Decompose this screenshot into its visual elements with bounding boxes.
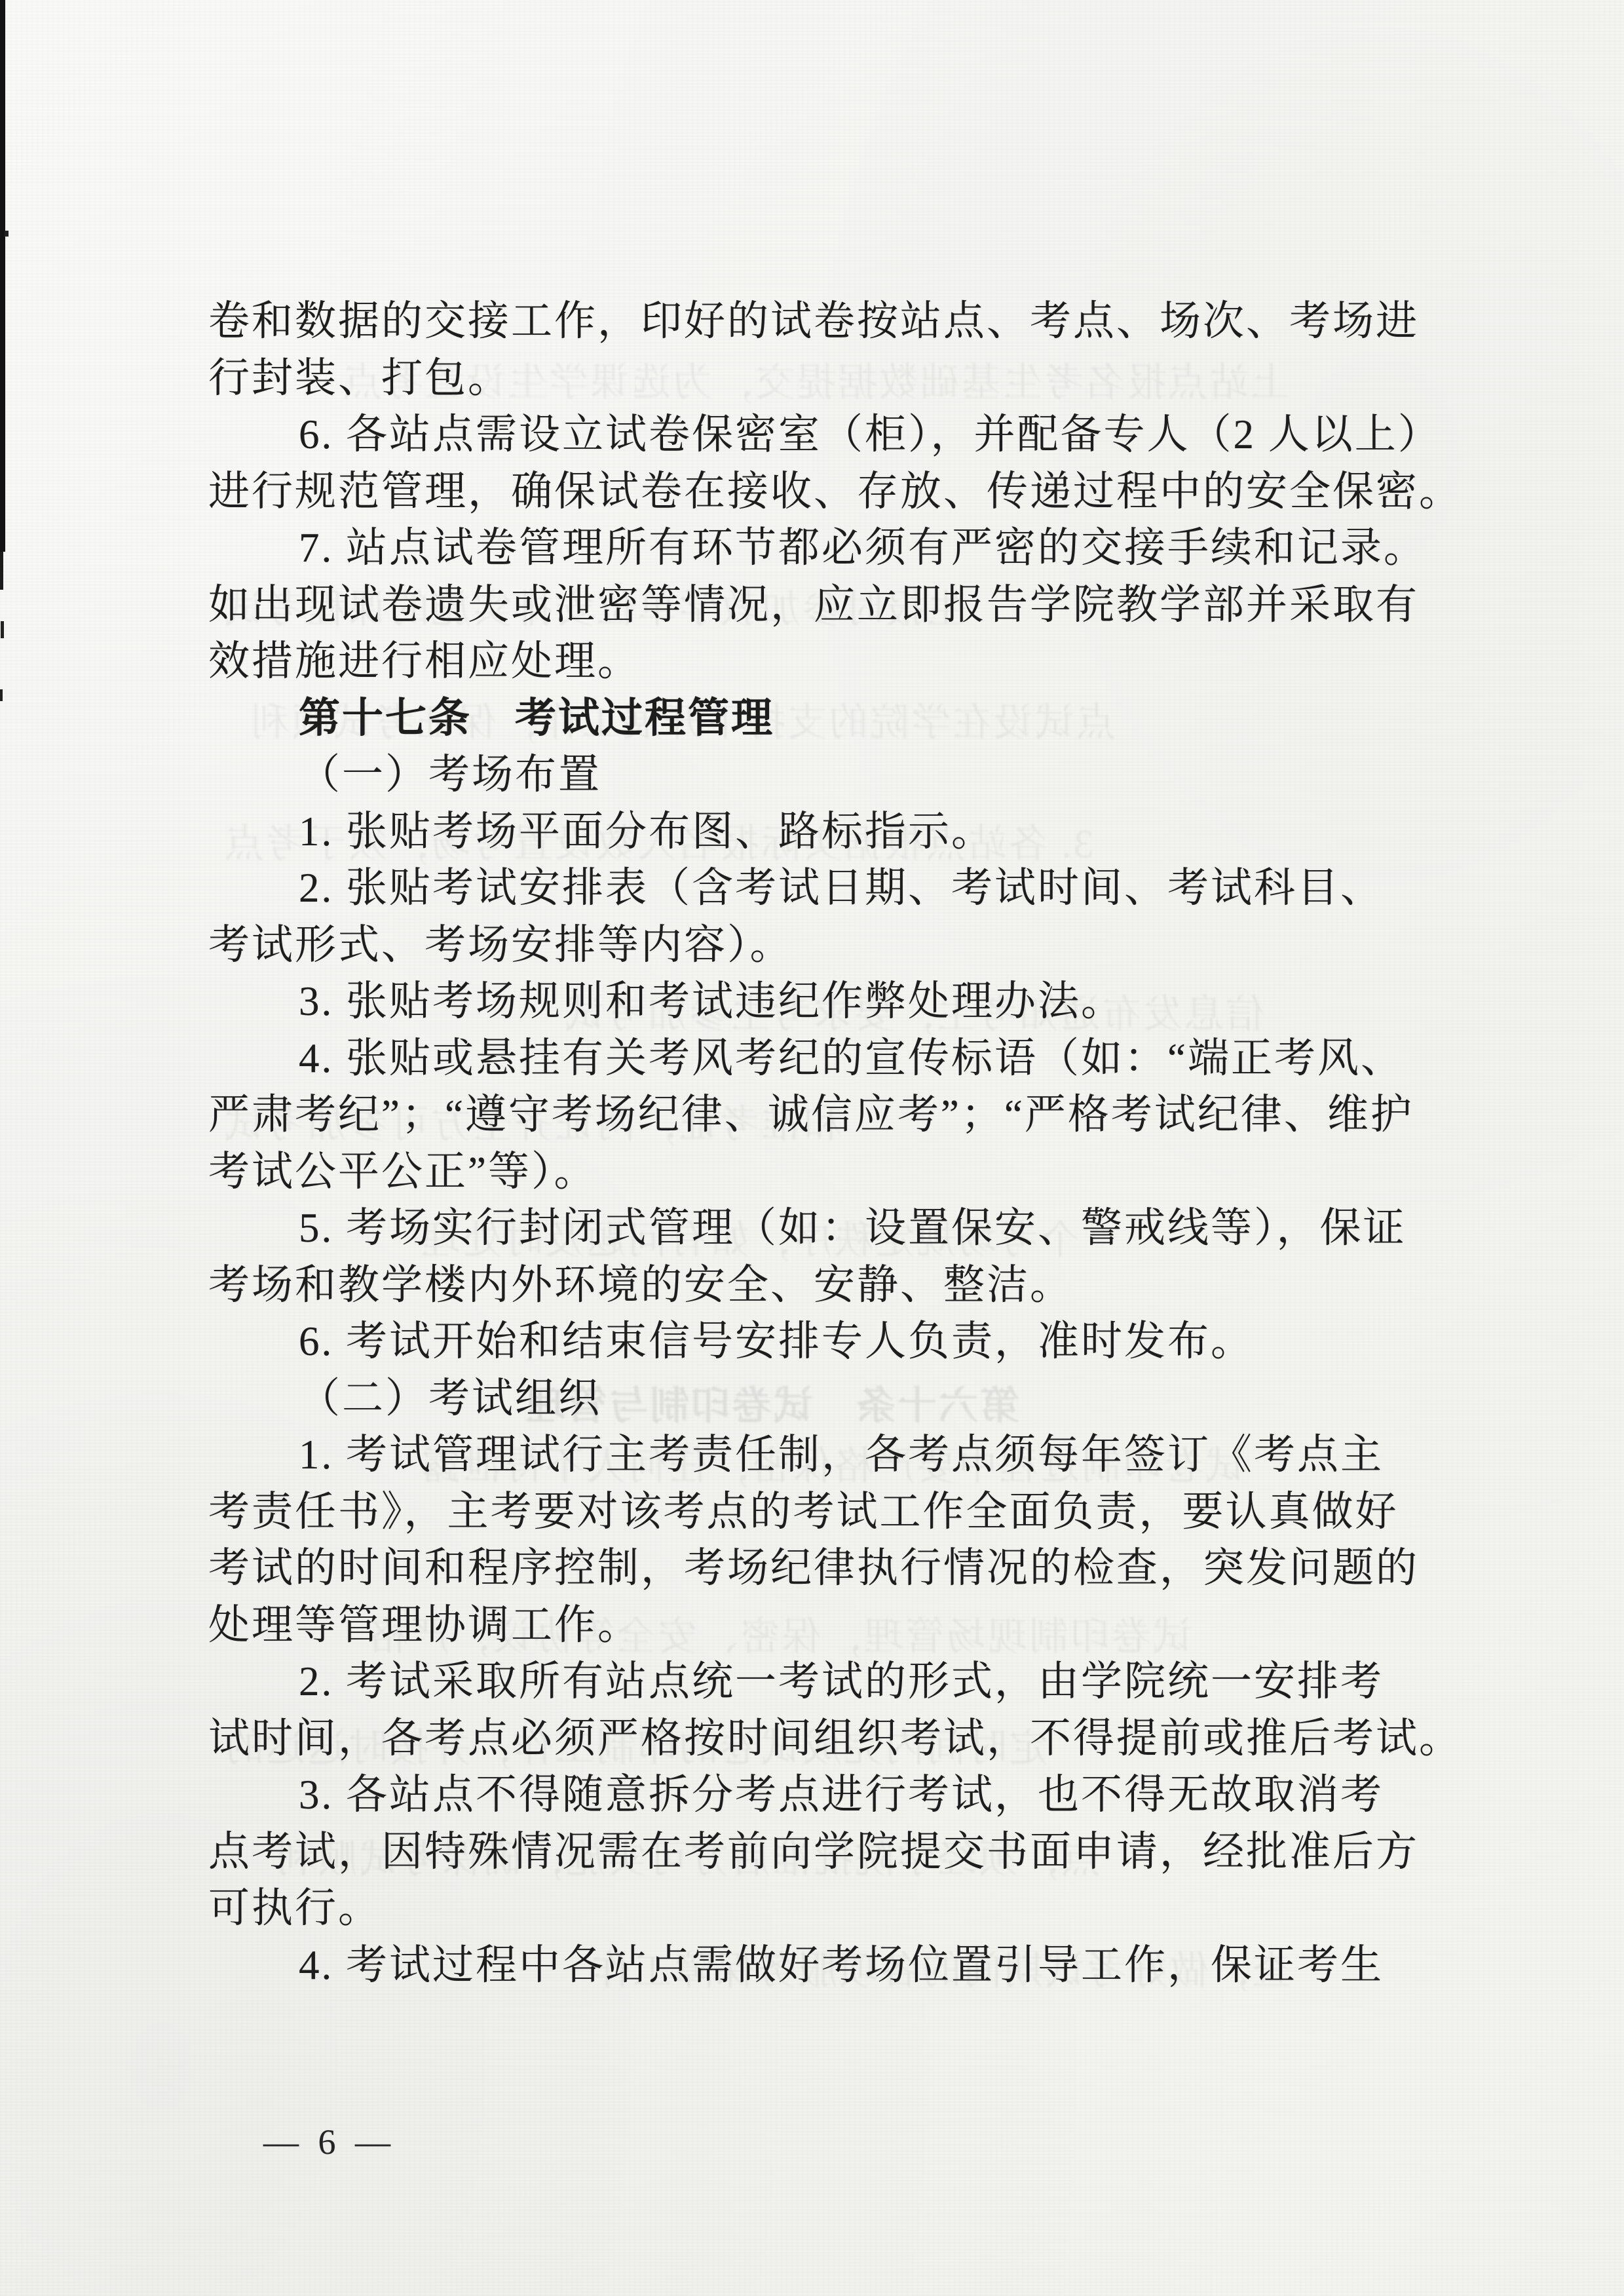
text-line: （二）考试组织 <box>208 1370 1422 1427</box>
text-line: 2. 张贴考试安排表（含考试日期、考试时间、考试科目、 <box>208 860 1422 917</box>
text-line: 3. 张贴考场规则和考试违纪作弊处理办法。 <box>208 973 1422 1030</box>
text-line: 考试形式、考场安排等内容）。 <box>208 917 1422 974</box>
scan-edge-artifact <box>0 0 5 552</box>
text-line: 考试公平公正”等）。 <box>208 1143 1422 1200</box>
document-body: 卷和数据的交接工作，印好的试卷按站点、考点、场次、考场进行封装、打包。6. 各站… <box>208 293 1422 1993</box>
text-line: 1. 考试管理试行主考责任制，各考点须每年签订《考点主 <box>208 1426 1422 1483</box>
scan-speck <box>5 231 9 237</box>
text-line: 效措施进行相应处理。 <box>208 633 1422 690</box>
scan-edge-artifact-tail <box>0 552 3 590</box>
text-line: 考责任书》，主考要对该考点的考试工作全面负责，要认真做好 <box>208 1483 1422 1540</box>
text-line: 点考试，因特殊情况需在考前向学院提交书面申请，经批准后方 <box>208 1824 1422 1881</box>
text-line: 考试的时间和程序控制，考场纪律执行情况的检查，突发问题的 <box>208 1540 1422 1597</box>
text-line: 7. 站点试卷管理所有环节都必须有严密的交接手续和记录。 <box>208 520 1422 577</box>
text-line: 行封装、打包。 <box>208 350 1422 407</box>
text-line: 4. 考试过程中各站点需做好考场位置引导工作，保证考生 <box>208 1937 1422 1994</box>
text-line: 处理等管理协调工作。 <box>208 1597 1422 1654</box>
text-line: 6. 考试开始和结束信号安排专人负责，准时发布。 <box>208 1313 1422 1370</box>
text-line: 如出现试卷遗失或泄密等情况，应立即报告学院教学部并采取有 <box>208 577 1422 634</box>
text-line: 1. 张贴考场平面分布图、路标指示。 <box>208 803 1422 860</box>
text-line: 可执行。 <box>208 1880 1422 1937</box>
text-line: 严肃考纪”；“遵守考场纪律、诚信应考”；“严格考试纪律、维护 <box>208 1086 1422 1143</box>
heading-line: 第十七条 考试过程管理 <box>208 690 1422 747</box>
scan-speck <box>0 689 3 701</box>
page-number: — 6 — <box>263 2122 396 2162</box>
text-line: 4. 张贴或悬挂有关考风考纪的宣传标语（如：“端正考风、 <box>208 1030 1422 1087</box>
text-line: 6. 各站点需设立试卷保密室（柜），并配备专人（2 人以上） <box>208 406 1422 463</box>
text-line: 考场和教学楼内外环境的安全、安静、整洁。 <box>208 1257 1422 1314</box>
text-line: 2. 考试采取所有站点统一考试的形式，由学院统一安排考 <box>208 1653 1422 1710</box>
text-line: 进行规范管理，确保试卷在接收、存放、传递过程中的安全保密。 <box>208 463 1422 520</box>
text-line: （一）考场布置 <box>208 746 1422 803</box>
scan-speck <box>1 621 4 638</box>
text-line: 试时间，各考点必须严格按时间组织考试，不得提前或推后考试。 <box>208 1710 1422 1767</box>
scanned-document-page: 上站点报名考生基础数据提交，为选课学生设置考点生报时参加教学单位安排实施的课程考… <box>0 0 1624 2296</box>
text-line: 卷和数据的交接工作，印好的试卷按站点、考点、场次、考场进 <box>208 293 1422 350</box>
text-line: 3. 各站点不得随意拆分考点进行考试，也不得无故取消考 <box>208 1767 1422 1824</box>
text-line: 5. 考场实行封闭式管理（如：设置保安、警戒线等），保证 <box>208 1200 1422 1257</box>
